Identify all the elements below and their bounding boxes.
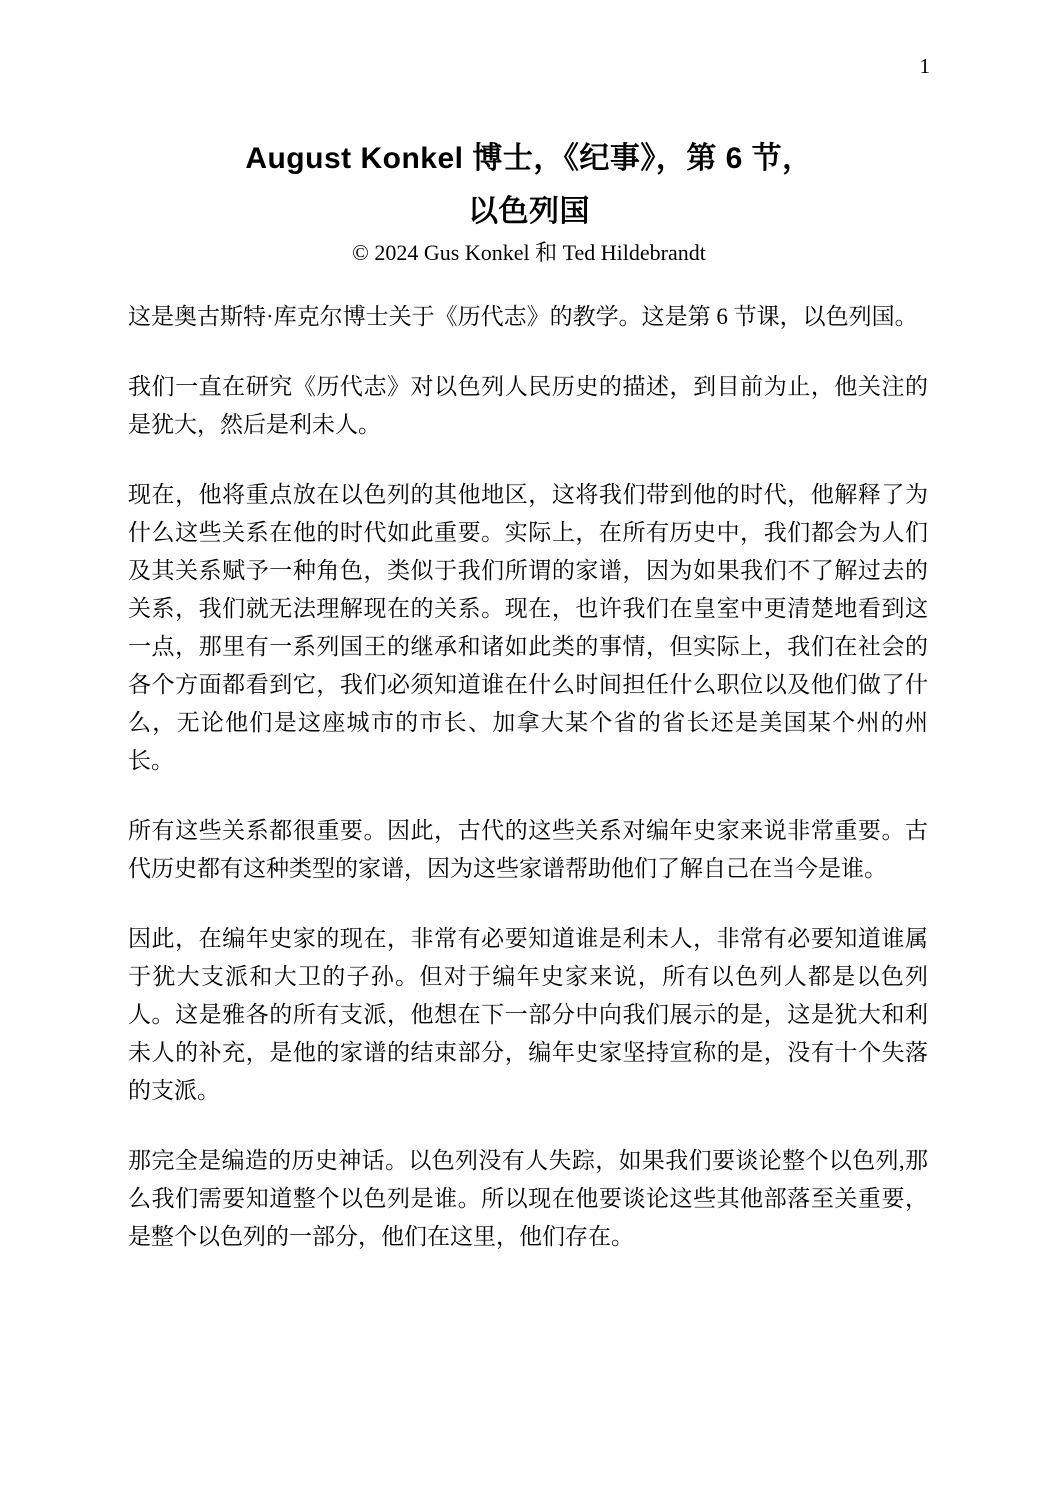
document-page: 1 August Konkel 博士，《纪事》，第 6 节，以色列国 © 202… — [0, 0, 1058, 1497]
title-line-1: August Konkel 博士，《纪事》，第 6 节， — [245, 142, 812, 175]
document-header: August Konkel 博士，《纪事》，第 6 节，以色列国 © 2024 … — [0, 0, 1058, 266]
body-paragraph: 现在，他将重点放在以色列的其他地区，这将我们带到他的时代，他解释了为什么这些关系… — [128, 476, 928, 780]
page-number: 1 — [920, 54, 931, 79]
body-paragraph: 因此，在编年史家的现在，非常有必要知道谁是利未人，非常有必要知道谁属于犹大支派和… — [128, 920, 928, 1110]
body-paragraph: 这是奥古斯特·库克尔博士关于《历代志》的教学。这是第 6 节课，以色列国。 — [128, 298, 928, 336]
copyright-line: © 2024 Gus Konkel 和 Ted Hildebrandt — [0, 240, 1058, 266]
document-body: 这是奥古斯特·库克尔博士关于《历代志》的教学。这是第 6 节课，以色列国。 我们… — [128, 266, 928, 1256]
document-title: August Konkel 博士，《纪事》，第 6 节，以色列国 — [0, 132, 1058, 238]
title-line-2: 以色列国 — [468, 195, 590, 228]
body-paragraph: 那完全是编造的历史神话。以色列没有人失踪，如果我们要谈论整个以色列,那么我们需要… — [128, 1142, 928, 1256]
body-paragraph: 所有这些关系都很重要。因此，古代的这些关系对编年史家来说非常重要。古代历史都有这… — [128, 812, 928, 888]
body-paragraph: 我们一直在研究《历代志》对以色列人民历史的描述，到目前为止，他关注的是犹大，然后… — [128, 368, 928, 444]
